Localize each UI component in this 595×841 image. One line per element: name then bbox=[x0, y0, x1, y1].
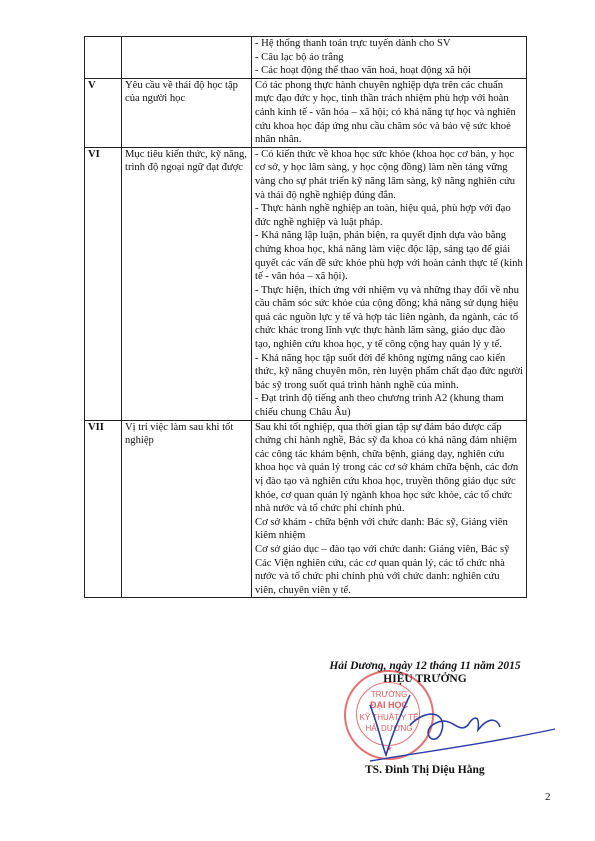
row-number: V bbox=[85, 78, 122, 147]
row-content: Có tác phong thực hành chuyên nghiệp dựa… bbox=[252, 78, 527, 147]
row-number: VI bbox=[85, 147, 122, 420]
content-line: - Khả năng lập luận, phản biện, ra quyết… bbox=[255, 229, 523, 283]
signature-block: Hải Dương, ngày 12 tháng 11 năm 2015 HIỆ… bbox=[290, 660, 560, 685]
row-number bbox=[85, 37, 122, 79]
row-label bbox=[122, 37, 252, 79]
table-row: VYêu cầu về thái độ học tập của người họ… bbox=[85, 78, 527, 147]
row-number: VII bbox=[85, 420, 122, 598]
content-line: Cơ sở khám - chữa bệnh với chức danh: Bá… bbox=[255, 516, 523, 543]
signer-role: HIỆU TRƯỞNG bbox=[290, 673, 560, 685]
content-line: Cơ sở giáo dục – đào tạo với chức danh: … bbox=[255, 543, 523, 557]
table-row: VIMục tiêu kiến thức, kỹ năng, trình độ … bbox=[85, 147, 527, 420]
content-line: Có tác phong thực hành chuyên nghiệp dựa… bbox=[255, 79, 523, 147]
content-line: - Câu lạc bộ áo trắng bbox=[255, 51, 523, 65]
page-number: 2 bbox=[545, 791, 551, 803]
content-line: Các Viện nghiên cứu, các cơ quan quản lý… bbox=[255, 557, 523, 598]
content-line: - Đạt trình độ tiếng anh theo chương trì… bbox=[255, 392, 523, 419]
content-line: Sau khi tốt nghiệp, qua thời gian tập sự… bbox=[255, 421, 523, 516]
handwritten-signature bbox=[340, 685, 560, 765]
content-line: - Các hoạt động thể thao văn hoá, hoạt đ… bbox=[255, 64, 523, 78]
table-row: - Hệ thống thanh toán trực tuyến dành ch… bbox=[85, 37, 527, 79]
row-content: - Hệ thống thanh toán trực tuyến dành ch… bbox=[252, 37, 527, 79]
row-label: Yêu cầu về thái độ học tập của người học bbox=[122, 78, 252, 147]
content-line: - Thực hành nghề nghiệp an toàn, hiệu qu… bbox=[255, 202, 523, 229]
content-line: - Thực hiện, thích ứng với nhiệm vụ và n… bbox=[255, 284, 523, 352]
row-label: Vị trí việc làm sau khi tốt nghiệp bbox=[122, 420, 252, 598]
table-row: VIIVị trí việc làm sau khi tốt nghiệpSau… bbox=[85, 420, 527, 598]
place-date: Hải Dương, ngày 12 tháng 11 năm 2015 bbox=[290, 660, 560, 672]
row-label: Mục tiêu kiến thức, kỹ năng, trình độ ng… bbox=[122, 147, 252, 420]
row-content: - Có kiến thức về khoa học sức khỏe (kho… bbox=[252, 147, 527, 420]
content-line: - Khả năng học tập suốt đời để không ngừ… bbox=[255, 352, 523, 393]
content-line: - Hệ thống thanh toán trực tuyến dành ch… bbox=[255, 37, 523, 51]
signer-name: TS. Đinh Thị Diệu Hằng bbox=[365, 764, 485, 776]
program-info-table: - Hệ thống thanh toán trực tuyến dành ch… bbox=[84, 36, 527, 598]
content-line: - Có kiến thức về khoa học sức khỏe (kho… bbox=[255, 148, 523, 202]
row-content: Sau khi tốt nghiệp, qua thời gian tập sự… bbox=[252, 420, 527, 598]
